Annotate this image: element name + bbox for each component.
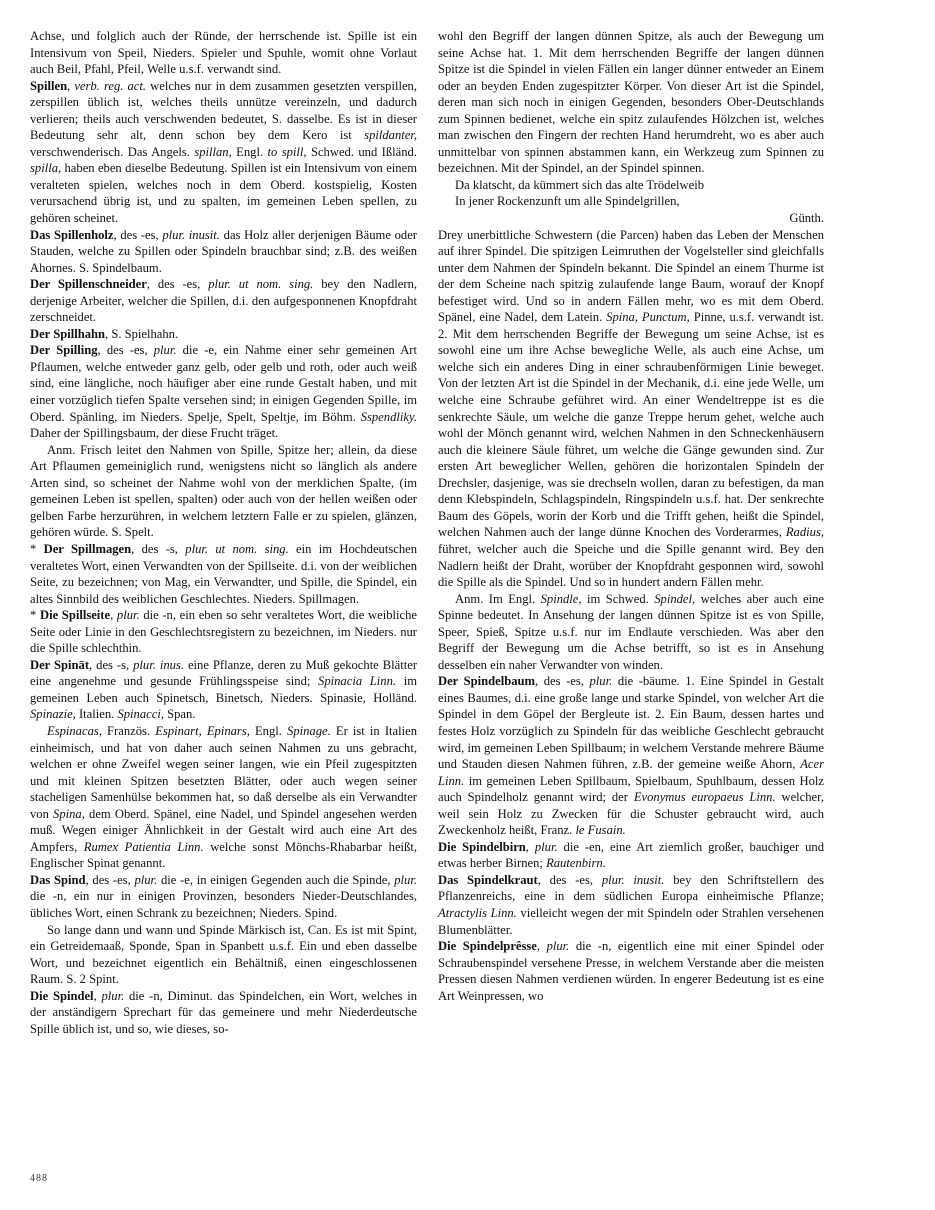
dictionary-entry: Der Spilling, des -es, plur. die -e, ein… — [30, 342, 417, 441]
headword: Der Spindelbaum — [438, 674, 535, 688]
dictionary-entry: Der Spillhahn, S. Spielhahn. — [30, 326, 417, 343]
italic-term: verb. reg. act. — [74, 79, 146, 93]
text-run: , — [526, 840, 535, 854]
headword: Der Spillenschneider — [30, 277, 147, 291]
text-run: die -e, in einigen Gegenden auch die Spi… — [157, 873, 394, 887]
text-run: , des -s, — [131, 542, 185, 556]
dictionary-entry: Der Spillenschneider, des -es, plur. ut … — [30, 276, 417, 326]
dictionary-entry: * Die Spillseite, plur. die -n, ein eben… — [30, 607, 417, 657]
headword: Der Spināt — [30, 658, 89, 672]
headword: Der Spilling — [30, 343, 98, 357]
dictionary-entry: Das Spind, des -es, plur. die -e, in ein… — [30, 872, 417, 922]
dictionary-entry: Die Spindelprêsse, plur. die -n, eigentl… — [438, 938, 824, 1004]
text-run: , des -es, — [98, 343, 154, 357]
dictionary-entry: Der Spindelbaum, des -es, plur. die -bäu… — [438, 673, 824, 838]
text-run: So lange dann und wann und Spinde Märkis… — [30, 923, 417, 987]
italic-term: plur. — [154, 343, 177, 357]
text-run: Anm. Frisch leitet den Nahmen von Spille… — [30, 443, 417, 540]
text-run: führet, welcher auch die Speiche und die… — [438, 542, 824, 589]
italic-term: spildanter, — [364, 128, 417, 142]
headword: Die Spillseite — [40, 608, 110, 622]
headword: Spillen — [30, 79, 67, 93]
text-run: die -n, ein nur in einigen Provinzen, be… — [30, 889, 417, 920]
text-run: Engl. — [232, 145, 268, 159]
dictionary-entry: Der Spināt, des -s, plur. inus. eine Pfl… — [30, 657, 417, 723]
text-run: Daher der Spillingsbaum, der diese Fruch… — [30, 426, 278, 440]
annotation-paragraph: Anm. Frisch leitet den Nahmen von Spille… — [30, 442, 417, 541]
italic-term: Rumex Patientia Linn. — [84, 840, 204, 854]
annotation-paragraph: Anm. Im Engl. Spindle, im Schwed. Spinde… — [438, 591, 824, 674]
verse-line: Da klatscht, da kümmert sich das alte Tr… — [438, 177, 824, 194]
italic-term: plur. — [101, 989, 124, 1003]
text-run: , des -es, — [147, 277, 208, 291]
headword: Der Spillhahn — [30, 327, 105, 341]
dictionary-entry: Das Spindelkraut, des -es, plur. inusit.… — [438, 872, 824, 938]
text-run: , des -es, — [535, 674, 589, 688]
italic-term: Spinazie, — [30, 707, 76, 721]
italic-term: Spinacia Linn. — [318, 674, 396, 688]
text-run: wohl den Begriff der langen dünnen Spitz… — [438, 29, 824, 175]
text-run: verschwenderisch. Das Angels. — [30, 145, 194, 159]
text-run: Span. — [164, 707, 195, 721]
text-run: Engl. — [250, 724, 287, 738]
italic-term: Spinage. — [287, 724, 331, 738]
italic-term: plur. — [590, 674, 613, 688]
italic-term: plur. ut nom. sing. — [185, 542, 288, 556]
italic-term: Sspendliky. — [361, 410, 417, 424]
italic-term: Spina, Punctum, — [606, 310, 690, 324]
italic-term: Spindle, — [541, 592, 582, 606]
continued-paragraph: wohl den Begriff der langen dünnen Spitz… — [438, 28, 824, 177]
italic-term: to spill, — [268, 145, 307, 159]
italic-term: Atractylis Linn. — [438, 906, 517, 920]
text-run: im Schwed. — [582, 592, 655, 606]
italic-term: Espinacas, — [47, 724, 102, 738]
italic-term: Spindel, — [654, 592, 695, 606]
italic-term: Espinart, Epinars, — [155, 724, 250, 738]
headword: Der Spillmagen — [44, 542, 132, 556]
citation-signature: Günth. — [438, 210, 824, 227]
italic-term: plur. inusit. — [602, 873, 665, 887]
italic-term: plur. — [134, 873, 157, 887]
text-run: , des -s, — [89, 658, 133, 672]
dictionary-entry: * Der Spillmagen, des -s, plur. ut nom. … — [30, 541, 417, 607]
italic-term: Rautenbirn. — [546, 856, 606, 870]
italic-term: le Fusain. — [575, 823, 625, 837]
headword: Das Spillenholz — [30, 228, 113, 242]
italic-term: plur. inus. — [133, 658, 184, 672]
annotation-paragraph: So lange dann und wann und Spinde Märkis… — [30, 922, 417, 988]
text-run: * — [30, 542, 44, 556]
italic-term: Spinacci, — [117, 707, 164, 721]
text-run: haben eben dieselbe Bedeutung. Spillen i… — [30, 161, 417, 225]
text-run: Anm. Im Engl. — [455, 592, 541, 606]
text-run: * — [30, 608, 40, 622]
dictionary-entry: Das Spillenholz, des -es, plur. inusit. … — [30, 227, 417, 277]
text-run: , des -es, — [113, 228, 162, 242]
text-run: , des -es, — [538, 873, 602, 887]
italic-term: plur. — [394, 873, 417, 887]
italic-term: spilla, — [30, 161, 61, 175]
text-run: Italien. — [76, 707, 118, 721]
italic-term: Radius, — [786, 525, 824, 539]
text-run: , — [537, 939, 547, 953]
dictionary-entry: Die Spindel, plur. die -n, Diminut. das … — [30, 988, 417, 1038]
text-run: , — [110, 608, 117, 622]
italic-term: Spina, — [53, 807, 85, 821]
annotation-paragraph: Espinacas, Französ. Espinart, Epinars, E… — [30, 723, 417, 872]
dictionary-entry: Die Spindelbirn, plur. die -en, eine Art… — [438, 839, 824, 872]
left-column: Achse, und folglich auch der Ründe, der … — [30, 28, 417, 1037]
headword: Die Spindelbirn — [438, 840, 526, 854]
headword: Die Spindel — [30, 989, 94, 1003]
dictionary-entry: Spillen, verb. reg. act. welches nur in … — [30, 78, 417, 227]
text-run: Französ. — [102, 724, 155, 738]
verse-line: In jener Rockenzunft um alle Spindelgril… — [438, 193, 824, 210]
text-run: Da klatscht, da kümmert sich das alte Tr… — [455, 178, 704, 192]
continued-paragraph: Achse, und folglich auch der Ründe, der … — [30, 28, 417, 78]
italic-term: plur. ut nom. sing. — [208, 277, 313, 291]
italic-term: plur. inusit. — [162, 228, 220, 242]
text-run: Achse, und folglich auch der Ründe, der … — [30, 29, 417, 76]
italic-term: plur. — [547, 939, 570, 953]
text-run: Günth. — [789, 211, 824, 225]
text-run: In jener Rockenzunft um alle Spindelgril… — [455, 194, 680, 208]
italic-term: plur. — [535, 840, 558, 854]
page-number: 488 — [30, 1173, 48, 1184]
text-run: Pinne, u.s.f. verwandt ist. 2. Mit dem h… — [438, 310, 824, 539]
text-run: , S. Spielhahn. — [105, 327, 178, 341]
headword: Das Spindelkraut — [438, 873, 538, 887]
continued-paragraph: Drey unerbittliche Schwestern (die Parce… — [438, 227, 824, 591]
text-run: die -bäume. 1. Eine Spindel in Gestalt e… — [438, 674, 824, 771]
headword: Das Spind — [30, 873, 86, 887]
italic-term: spillan, — [194, 145, 231, 159]
text-run: Schwed. und Ißländ. — [307, 145, 417, 159]
text-run: , des -es, — [86, 873, 135, 887]
italic-term: Evonymus europaeus Linn. — [634, 790, 776, 804]
italic-term: plur. — [117, 608, 140, 622]
right-column: wohl den Begriff der langen dünnen Spitz… — [438, 28, 824, 1004]
headword: Die Spindelprêsse — [438, 939, 537, 953]
